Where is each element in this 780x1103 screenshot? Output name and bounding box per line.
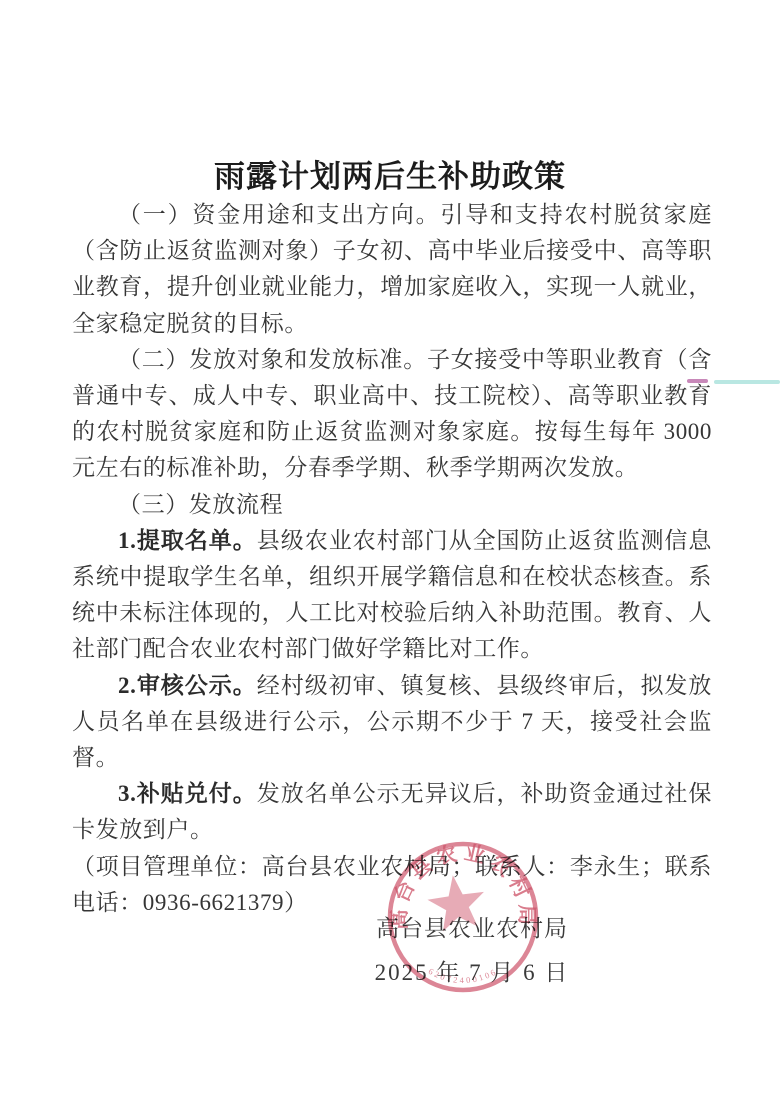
paragraph-lead: 2.审核公示。 (118, 673, 257, 698)
paragraph-step-3: 3.补贴兑付。发放名单公示无异议后，补助资金通过社保卡发放到户。 (72, 776, 712, 848)
paragraph-lead: 1.提取名单。 (118, 528, 257, 553)
paragraph-text: （一）资金用途和支出方向。引导和支持农村脱贫家庭（含防止返贫监测对象）子女初、高… (72, 202, 712, 336)
paragraph-funds-purpose: （一）资金用途和支出方向。引导和支持农村脱贫家庭（含防止返贫监测对象）子女初、高… (72, 197, 712, 342)
scan-artifact-highlight-line (714, 380, 780, 384)
paragraph-step-2: 2.审核公示。经村级初审、镇复核、县级终审后，拟发放人员名单在县级进行公示，公示… (72, 668, 712, 777)
document-body: （一）资金用途和支出方向。引导和支持农村脱贫家庭（含防止返贫监测对象）子女初、高… (72, 197, 712, 921)
paragraph-text: （三）发放流程 (118, 492, 283, 517)
signature-date: 2025 年 7 月 6 日 (372, 954, 572, 987)
scan-artifact-pink-mark (687, 379, 708, 383)
paragraph-lead: 3.补贴兑付。 (118, 781, 257, 806)
paragraph-target-standard: （二）发放对象和发放标准。子女接受中等职业教育（含普通中专、成人中专、职业高中、… (72, 342, 712, 487)
signature-organization: 高台县农业农村局 (372, 910, 572, 943)
document-title: 雨露计划两后生补助政策 (0, 151, 780, 196)
paragraph-process-heading: （三）发放流程 (72, 487, 712, 523)
paragraph-text: （二）发放对象和发放标准。子女接受中等职业教育（含普通中专、成人中专、职业高中、… (72, 347, 712, 481)
paragraph-step-1: 1.提取名单。县级农业农村部门从全国防止返贫监测信息系统中提取学生名单，组织开展… (72, 523, 712, 668)
signature-block: 高台县农业农村局 2025 年 7 月 6 日 (372, 910, 572, 987)
document-page: 雨露计划两后生补助政策 （一）资金用途和支出方向。引导和支持农村脱贫家庭（含防止… (0, 0, 780, 1103)
